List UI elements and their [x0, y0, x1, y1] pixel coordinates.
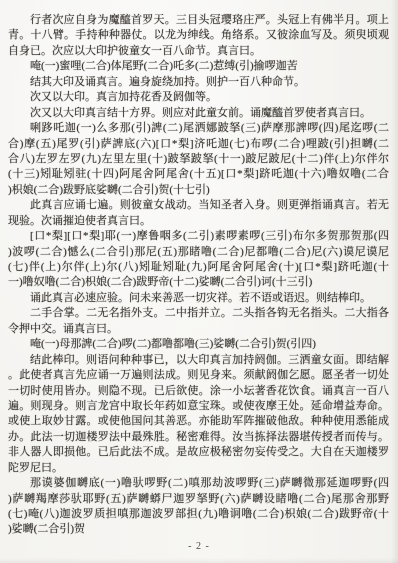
text-line: 一)噜奴噜(二合)枳娘(二合)跋野帝(十二)娑嚩(二合引)诃(十三引) — [8, 275, 389, 290]
text-line: 现验。次诵摧迫使者真言曰。 — [8, 214, 389, 229]
text-line: )娑嚩(二合引)贺 — [8, 522, 389, 537]
text-line: 唵(一)母那諀(二合)啰(二)都噜都噜(三)娑嚩(二合引)贺(引四) — [8, 337, 389, 352]
text-line: 青。十八臂。手持种种器仗。以龙为绅线。角络系。又彼涂血写及。须臾顷观 — [8, 28, 389, 43]
text-line: 令押中交。诵真言曰。 — [8, 322, 389, 337]
text-block: 行者次应自身为魔醯首罗天。三目头冠璎珞庄严。头冠上有佛半月。项上青。十八臂。手持… — [8, 13, 389, 538]
text-line: 一切时使用皆办。则隐不现。已后欲使。涂一小坛著香花饮食。诵真言一百八 — [8, 384, 389, 399]
text-line: 次又以大印。真言加持花香及阏伽等。 — [8, 90, 389, 105]
text-line: 唎跢吒迦(一)么多那(引)諀(二)尾洒娜跛拏(三)萨摩那諀啰(四)尾迄啰(二 — [8, 121, 389, 136]
page-number: - 2 - — [0, 541, 398, 552]
text-line: (七)伴(上)尔伴(上)尔(八)矧耻矧耻(九)阿尾舍阿尾舍(十)[口*梨]跻吒迦… — [8, 260, 389, 275]
text-line: 遍。则现身。则言龙宫中取长年药如意宝珠。或使夜摩王处。延命增益寿命。 — [8, 399, 389, 414]
text-line: 那谟婆伽嚩底(一)噜驮啰野(二)嗔那劫波啰野(三)萨嚩微那延迦啰野(四 — [8, 476, 389, 491]
text-line: 合八)左罗左罗(九)左里左里(十)跛拏跛拏(十一)跛尼跛尼(十二)伴(上)尔伴尔 — [8, 152, 389, 167]
text-line: (七)唵(八)迦波罗质担嗔那迦波罗部担(九)噜诇噜(二合)枳娘(二合)跋野帝(十 — [8, 507, 389, 522]
text-line: (十三)矧耻矧驻(十四)阿尾舍阿尾舍(十五)[口*梨]跻吒迦(十六)噜奴噜(二合 — [8, 167, 389, 182]
text-line: 非人器人即损他。已后此法不成。是故应极秘密勿妄传受之。大自在天迦楼罗 — [8, 445, 389, 460]
scan-edge-artifact — [391, 0, 398, 563]
text-line: 或使上取妙甘露。或使他国问其善恶。亦能助军阵摧破他敌。种种使用悉能成 — [8, 414, 389, 429]
text-line: 自身已。次应以大印护彼童女一百八命节。真言曰。 — [8, 44, 389, 59]
scan-shadow-artifact — [0, 558, 398, 563]
text-line: )波啰(二合)憾么(二合引)那尼(五)那睹噜(二合)尼都噜(二合)尼(六)谟尼谟… — [8, 245, 389, 260]
text-line: 陀罗尼曰。 — [8, 461, 389, 476]
text-line: 。此使者真言先应诵一万遍则法成。则见身来。须献阏伽乞愿。愿圣者一切处 — [8, 368, 389, 383]
text-line: 诵此真言必速应验。问未来善恶一切灾祥。若不语或语迟。则结棒印。 — [8, 291, 389, 306]
scanned-page: 行者次应自身为魔醯首罗天。三目头冠璎珞庄严。头冠上有佛半月。项上青。十八臂。手持… — [0, 0, 398, 563]
text-line: 行者次应自身为魔醯首罗天。三目头冠璎珞庄严。头冠上有佛半月。项上 — [8, 13, 389, 28]
text-line: 合)摩(五)尾罗(引)萨諀底(六)[口*梨]济吒迦(七)布啰(二合)哩跛(引)担… — [8, 137, 389, 152]
text-line: 次又以大印真言结十方界。则应对此童女前。诵魔醯首罗使者真言曰。 — [8, 106, 389, 121]
text-line: 结其大印及诵真言。遍身旋绕加持。则护一百八种命节。 — [8, 75, 389, 90]
text-line: [口*梨][口*梨]耶(一)摩鲁咽多(二引)素啰素啰(三引)布尔多贺那贺那(四 — [8, 229, 389, 244]
text-line: )萨嚩羯摩莎驮耶野(五)萨嚩蟒尸迦罗拏野(六)萨嚩设睹噜(二合)尾那舍那野 — [8, 492, 389, 507]
text-line: 此真言应诵七遍。则彼童女战动。当知圣者入身。则更弹指诵真言。若无 — [8, 198, 389, 213]
text-line: 办。此法一切迦楼罗法中最殊胜。秘密难得。汝当拣择法器堪传授者而传与。 — [8, 430, 389, 445]
text-line: 二手合掌。二无名指外支。二中指并立。二头指各钩无名指头。二大指各 — [8, 306, 389, 321]
text-line: )枳娘(二合)跋野底娑嚩(二合引)贺(十七引) — [8, 183, 389, 198]
text-line: 唵(一)蜜哩(二合)体尾野(二合)吒多(二)惹缚(引)揄啰迦苦 — [8, 59, 389, 74]
text-line: 结此棒印。则语问种种事已，以大印真言加持阏伽。三洒童女面。即结解 — [8, 353, 389, 368]
